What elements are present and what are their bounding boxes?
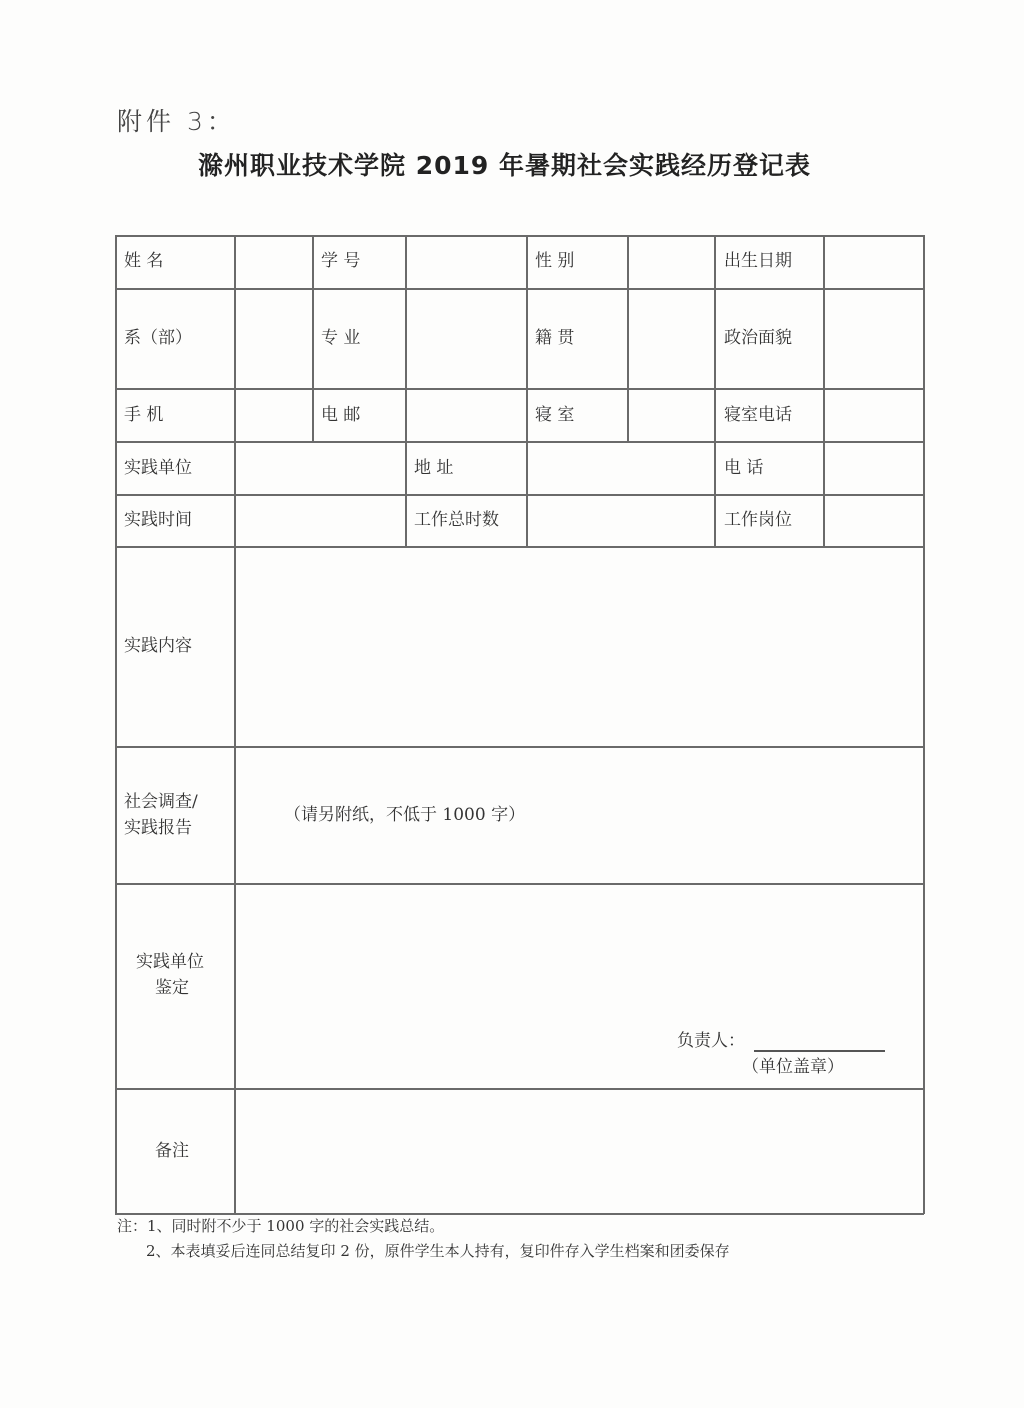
label-appraisal-line2: 鉴定 xyxy=(155,975,189,1001)
table-border-right xyxy=(923,235,925,1214)
practice-unit-field[interactable] xyxy=(236,443,404,493)
label-name: 姓 名 xyxy=(124,248,163,274)
major-field[interactable] xyxy=(407,290,525,387)
label-dorm-phone: 寝室电话 xyxy=(724,402,792,428)
political-status-field[interactable] xyxy=(825,290,922,387)
practice-content-field[interactable] xyxy=(236,548,922,745)
signature-line[interactable] xyxy=(754,1050,885,1052)
total-hours-field[interactable] xyxy=(528,496,713,545)
name-field[interactable] xyxy=(236,237,311,287)
label-appraisal-line1: 实践单位 xyxy=(136,949,204,975)
practice-time-field[interactable] xyxy=(236,496,404,545)
label-practice-unit: 实践单位 xyxy=(124,455,192,481)
label-report-line1: 社会调查/ xyxy=(124,789,198,815)
student-id-field[interactable] xyxy=(407,237,525,287)
label-political-status: 政治面貌 xyxy=(724,325,792,351)
col-divider xyxy=(312,235,314,441)
stamp-label: （单位盖章） xyxy=(742,1054,844,1080)
note-line-1: 注：1、同时附不少于 1000 字的社会实践总结。 xyxy=(117,1215,444,1236)
position-field[interactable] xyxy=(825,496,922,545)
address-field[interactable] xyxy=(528,443,713,493)
label-total-hours: 工作总时数 xyxy=(414,507,499,533)
birth-date-field[interactable] xyxy=(825,237,922,287)
mobile-field[interactable] xyxy=(236,390,311,440)
report-field[interactable] xyxy=(236,748,922,882)
phone-field[interactable] xyxy=(825,443,922,493)
native-place-field[interactable] xyxy=(629,290,713,387)
table-border-left xyxy=(115,235,117,1214)
label-phone: 电 话 xyxy=(724,455,763,481)
label-email: 电 邮 xyxy=(321,402,360,428)
form-title: 滁州职业技术学院 2019 年暑期社会实践经历登记表 xyxy=(198,146,811,182)
label-remarks: 备注 xyxy=(155,1138,189,1164)
label-dorm: 寝 室 xyxy=(535,402,574,428)
attachment-label: 附件 3： xyxy=(117,102,236,138)
label-report-line2: 实践报告 xyxy=(124,815,192,841)
label-gender: 性 别 xyxy=(535,248,574,274)
label-student-id: 学 号 xyxy=(321,248,360,274)
label-address: 地 址 xyxy=(414,455,453,481)
dorm-field[interactable] xyxy=(629,390,713,440)
label-practice-time: 实践时间 xyxy=(124,507,192,533)
label-department: 系（部） xyxy=(124,325,192,351)
col-divider xyxy=(714,235,716,546)
label-mobile: 手 机 xyxy=(124,402,163,428)
label-position: 工作岗位 xyxy=(724,507,792,533)
label-birth-date: 出生日期 xyxy=(724,248,792,274)
department-field[interactable] xyxy=(236,290,311,387)
email-field[interactable] xyxy=(407,390,525,440)
label-major: 专 业 xyxy=(321,325,360,351)
gender-field[interactable] xyxy=(629,237,713,287)
note-line-2: 2、本表填妥后连同总结复印 2 份，原件学生本人持有，复印件存入学生档案和团委保… xyxy=(146,1240,730,1261)
label-native-place: 籍 贯 xyxy=(535,325,574,351)
label-practice-content: 实践内容 xyxy=(124,633,192,659)
remarks-field[interactable] xyxy=(236,1090,922,1212)
dorm-phone-field[interactable] xyxy=(825,390,922,440)
signer-label: 负责人： xyxy=(677,1028,745,1054)
